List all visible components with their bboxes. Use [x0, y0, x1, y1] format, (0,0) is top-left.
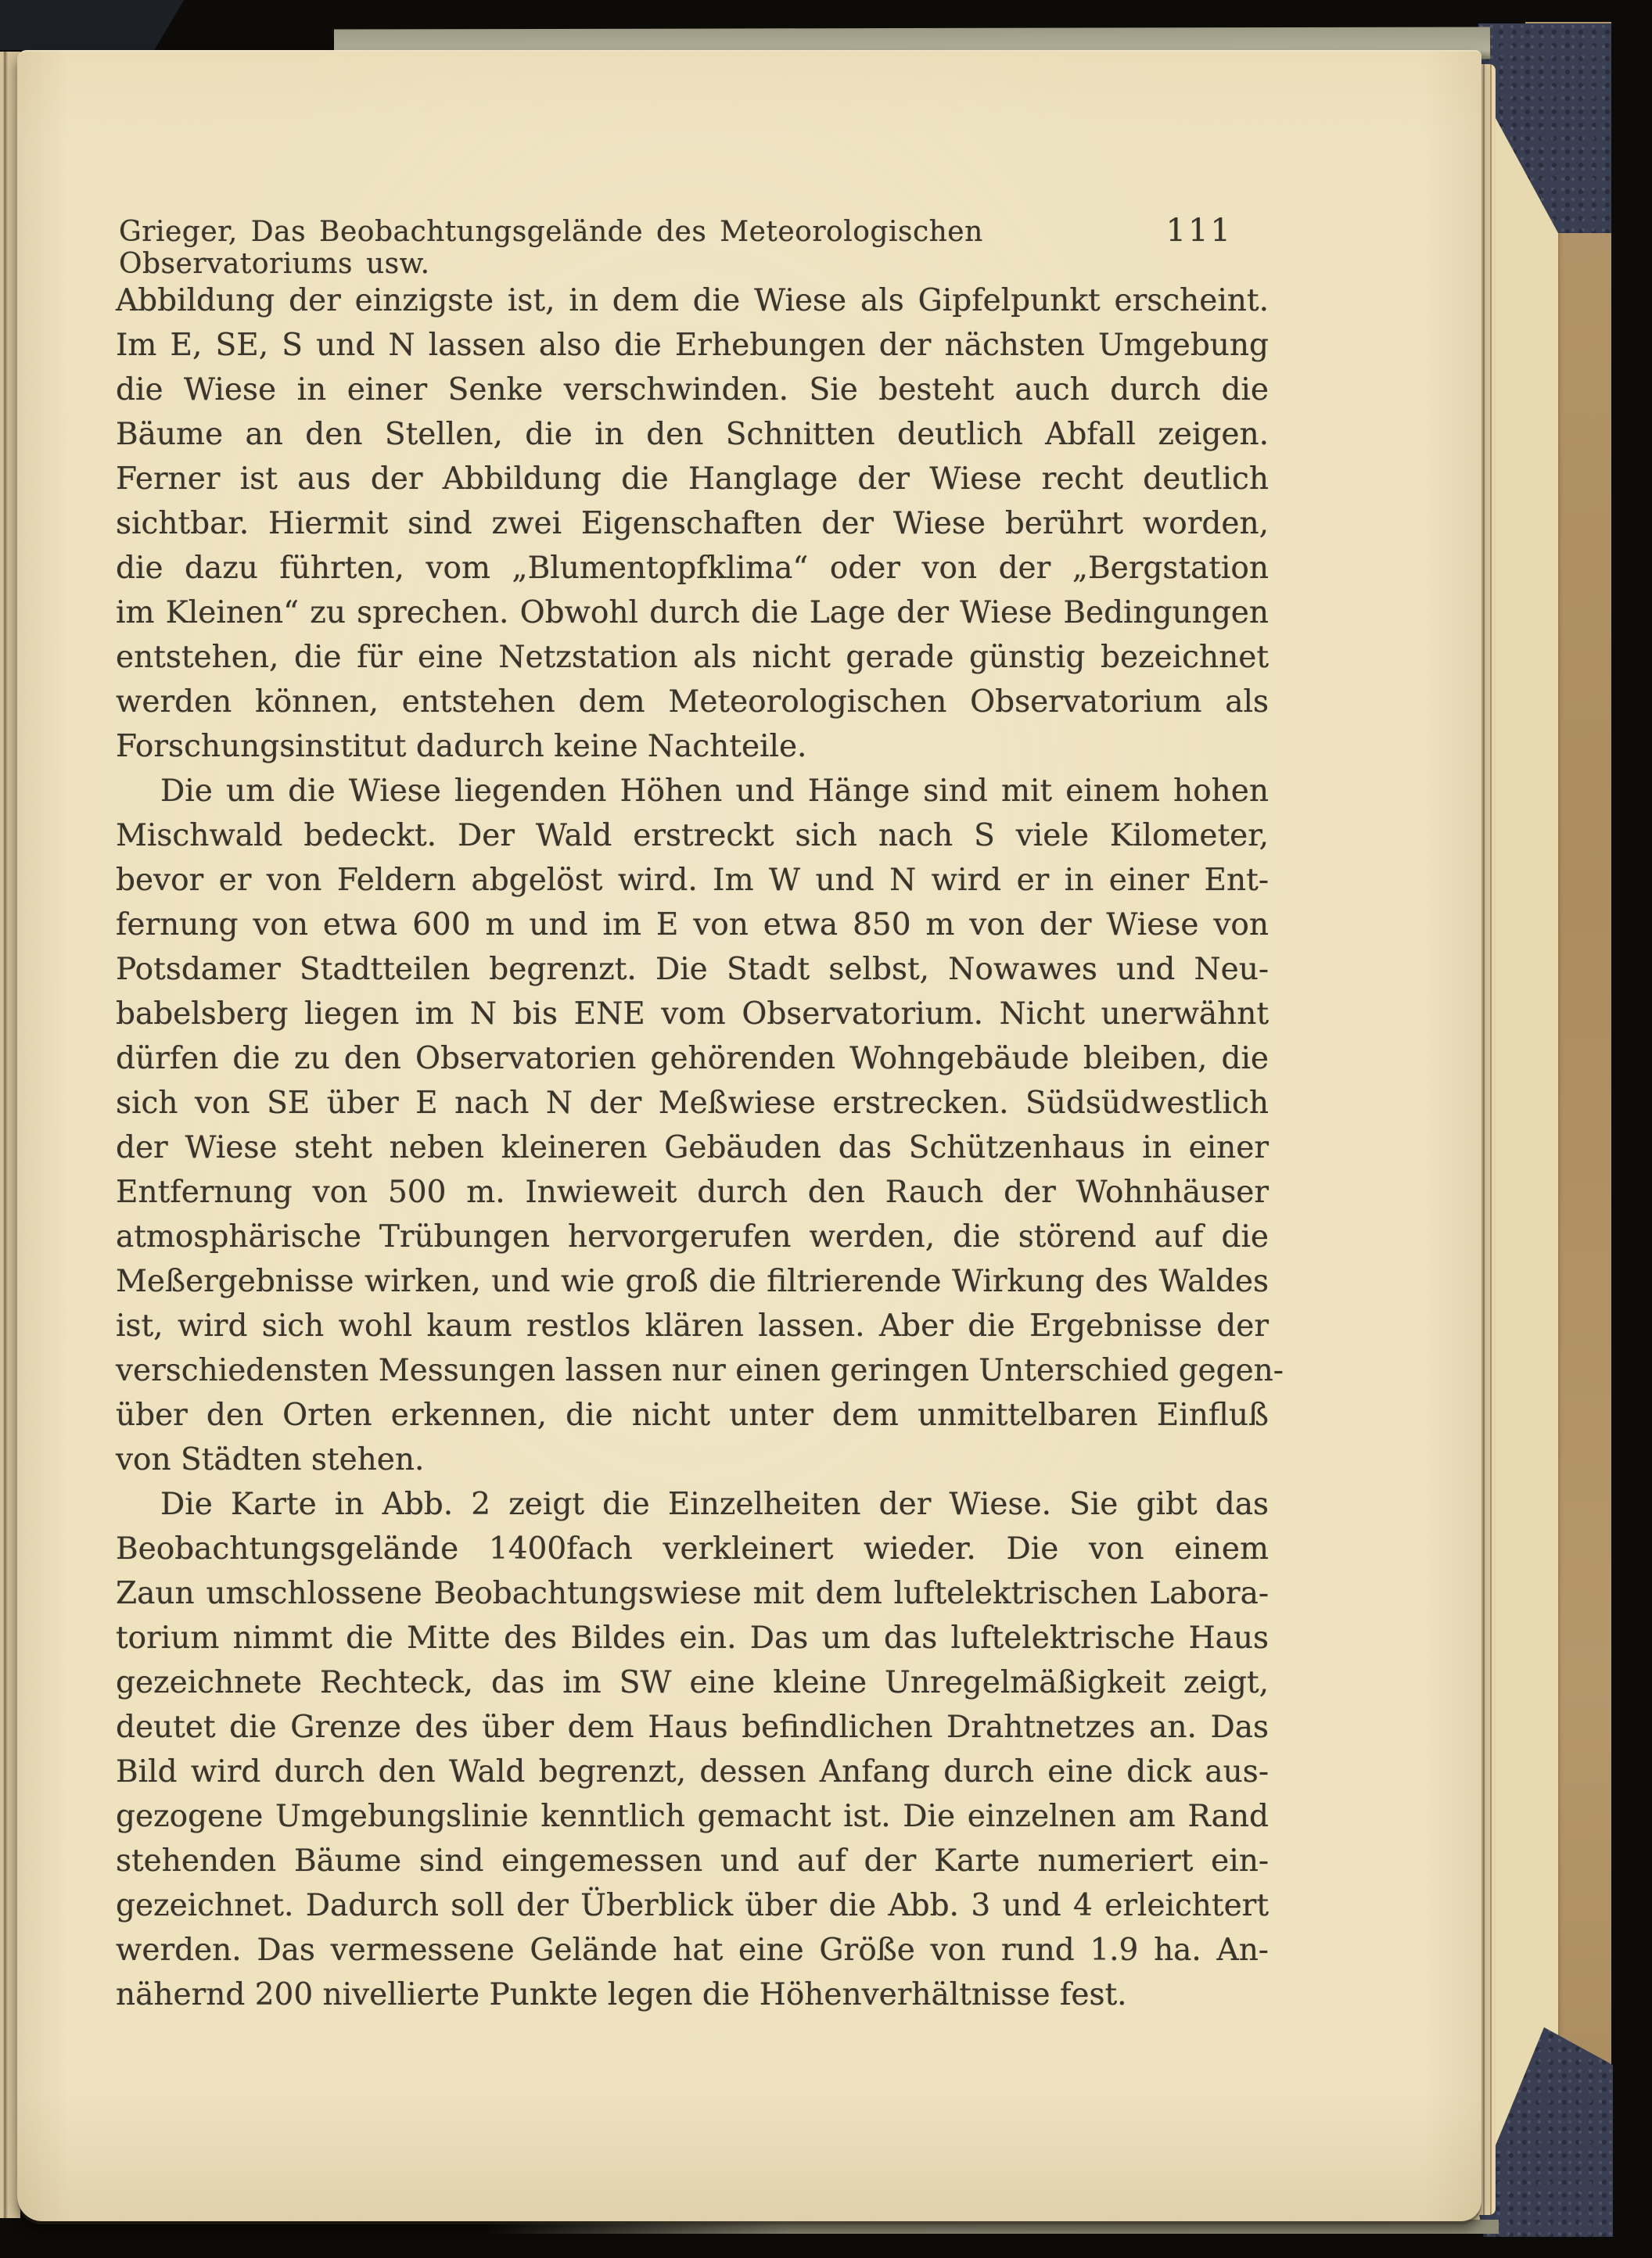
body-text: Abbildung der einzigste ist, in dem die … [116, 278, 1269, 2017]
text-line: Meßergebnisse wirken, und wie groß die f… [116, 1259, 1269, 1304]
text-line: Entfernung von 500 m. Inwieweit durch de… [116, 1170, 1269, 1215]
text-line: gezogene Umgebungslinie kenntlich gemach… [116, 1794, 1269, 1839]
text-line: Abbildung der einzigste ist, in dem die … [116, 278, 1269, 323]
text-line: werden können, entstehen dem Meteorologi… [116, 680, 1269, 724]
text-line: Bild wird durch den Wald begrenzt, desse… [116, 1750, 1269, 1794]
text-line: sich von SE über E nach N der Meßwiese e… [116, 1081, 1269, 1125]
scanned-book-photo: { "document": { "header": { "running_tit… [0, 0, 1652, 2258]
text-line: bevor er von Feldern abgelöst wird. Im W… [116, 858, 1269, 903]
text-line: Bäume an den Stellen, die in den Schnitt… [116, 412, 1269, 457]
text-line: Zaun umschlossene Beobachtungswiese mit … [116, 1571, 1269, 1616]
text-line: sichtbar. Hiermit sind zwei Eigenschafte… [116, 501, 1269, 546]
text-line: die Wiese in einer Senke verschwinden. S… [116, 368, 1269, 412]
text-line: atmosphärische Trübungen hervorgerufen w… [116, 1215, 1269, 1259]
text-line: Die Karte in Abb. 2 zeigt die Einzelheit… [116, 1482, 1269, 1527]
text-line: deutet die Grenze des über dem Haus befi… [116, 1705, 1269, 1750]
text-line: gezeichnet. Dadurch soll der Überblick ü… [116, 1883, 1269, 1928]
text-line: verschiedensten Messungen lassen nur ein… [116, 1348, 1269, 1393]
text-line: Beobachtungsgelände 1400fach verkleinert… [116, 1527, 1269, 1571]
text-line: Ferner ist aus der Abbildung die Hanglag… [116, 457, 1269, 501]
text-line: werden. Das vermessene Gelände hat eine … [116, 1928, 1269, 1973]
text-line: gezeichnete Rechteck, das im SW eine kle… [116, 1660, 1269, 1705]
page-header: Grieger, Das Beobachtungsgelände des Met… [119, 213, 1233, 280]
text-line: der Wiese steht neben kleineren Gebäuden… [116, 1125, 1269, 1170]
running-title: Grieger, Das Beobachtungsgelände des Met… [119, 216, 1166, 280]
text-line: Potsdamer Stadtteilen begrenzt. Die Stad… [116, 947, 1269, 992]
text-line: im Kleinen“ zu sprechen. Obwohl durch di… [116, 591, 1269, 635]
text-line: über den Orten erkennen, die nicht unter… [116, 1393, 1269, 1438]
text-line: von Städten stehen. [116, 1438, 1269, 1482]
page-block-bottom-edge [485, 2220, 1499, 2234]
text-line: babelsberg liegen im N bis ENE vom Obser… [116, 992, 1269, 1036]
text-line: Die um die Wiese liegenden Höhen und Hän… [116, 769, 1269, 813]
text-line: Im E, SE, S und N lassen also die Erhebu… [116, 323, 1269, 368]
text-line: torium nimmt die Mitte des Bildes ein. D… [116, 1616, 1269, 1660]
text-line: entstehen, die für eine Netzstation als … [116, 635, 1269, 680]
text-line: ist, wird sich wohl kaum restlos klären … [116, 1304, 1269, 1348]
text-line: dürfen die zu den Observatorien gehörend… [116, 1036, 1269, 1081]
text-line: Mischwald bedeckt. Der Wald erstreckt si… [116, 813, 1269, 858]
text-line: fernung von etwa 600 m und im E von etwa… [116, 903, 1269, 947]
page-number: 111 [1166, 213, 1233, 249]
text-line: Forschungsinstitut dadurch keine Nachtei… [116, 724, 1269, 769]
text-line: nähernd 200 nivellierte Punkte legen die… [116, 1973, 1269, 2017]
text-line: die dazu führten, vom „Blumentopfklima“ … [116, 546, 1269, 591]
book-cover-corner-top-left [0, 0, 184, 50]
text-line: stehenden Bäume sind eingemessen und auf… [116, 1839, 1269, 1883]
